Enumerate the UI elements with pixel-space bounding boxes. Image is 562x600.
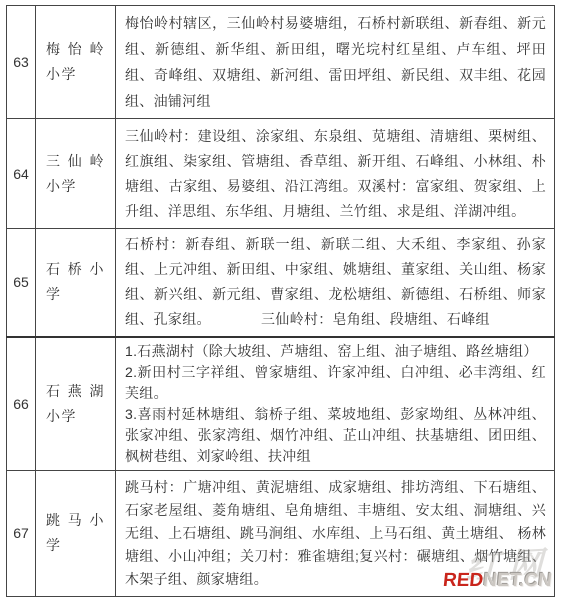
table-row: 66 石燕湖小学 1.石燕湖村（除大坡组、芦塘组、窑上组、油子塘组、路丝塘组） …	[7, 337, 555, 471]
detail-line: 石桥村：新春组、新联一组、新联二组、大禾组、李家组、孙家组、上元冲组、新田组、中…	[125, 232, 546, 332]
row-number: 63	[7, 6, 36, 119]
school-name: 梅怡岭小学	[36, 6, 116, 119]
district-detail: 跳马村：广塘冲组、黄泥塘组、成家塘组、排坊湾组、下石塘组、石家老屋组、菱角塘组、…	[116, 470, 555, 596]
detail-line: 3.喜雨村延林塘组、翁桥子组、菜坡地组、彭家坳组、丛林冲组、张家冲组、张家湾组、…	[125, 404, 546, 467]
detail-line: 2.新田村三字祥组、曾家塘组、许家冲组、白冲组、必丰湾组、红芙组。	[125, 362, 546, 404]
district-detail: 梅怡岭村辖区，三仙岭村易婆塘组，石桥村新联组、新春组、新元组、新德组、新华组、新…	[116, 6, 555, 119]
table-row: 65 石桥小学 石桥村：新春组、新联一组、新联二组、大禾组、李家组、孙家组、上元…	[7, 229, 555, 337]
school-name: 跳马小学	[36, 470, 116, 596]
detail-line: 1.石燕湖村（除大坡组、芦塘组、窑上组、油子塘组、路丝塘组）	[125, 341, 546, 362]
table-row: 63 梅怡岭小学 梅怡岭村辖区，三仙岭村易婆塘组，石桥村新联组、新春组、新元组、…	[7, 6, 555, 119]
page: 63 梅怡岭小学 梅怡岭村辖区，三仙岭村易婆塘组，石桥村新联组、新春组、新元组、…	[0, 0, 562, 600]
school-district-table: 63 梅怡岭小学 梅怡岭村辖区，三仙岭村易婆塘组，石桥村新联组、新春组、新元组、…	[6, 5, 555, 597]
table-row: 67 跳马小学 跳马村：广塘冲组、黄泥塘组、成家塘组、排坊湾组、下石塘组、石家老…	[7, 470, 555, 596]
school-name: 石桥小学	[36, 229, 116, 337]
district-detail: 石桥村：新春组、新联一组、新联二组、大禾组、李家组、孙家组、上元冲组、新田组、中…	[116, 229, 555, 337]
district-detail: 三仙岭村：建设组、涂家组、东泉组、苋塘组、清塘组、栗树组、红旗组、柒家组、管塘组…	[116, 119, 555, 229]
row-number: 66	[7, 337, 36, 471]
table-row: 64 三仙岭小学 三仙岭村：建设组、涂家组、东泉组、苋塘组、清塘组、栗树组、红旗…	[7, 119, 555, 229]
row-number: 65	[7, 229, 36, 337]
row-number: 64	[7, 119, 36, 229]
district-detail: 1.石燕湖村（除大坡组、芦塘组、窑上组、油子塘组、路丝塘组） 2.新田村三字祥组…	[116, 337, 555, 471]
detail-line: 跳马村：广塘冲组、黄泥塘组、成家塘组、排坊湾组、下石塘组、石家老屋组、菱角塘组、…	[125, 476, 546, 591]
detail-line: 三仙岭村：建设组、涂家组、东泉组、苋塘组、清塘组、栗树组、红旗组、柒家组、管塘组…	[125, 124, 546, 224]
school-name: 三仙岭小学	[36, 119, 116, 229]
school-name: 石燕湖小学	[36, 337, 116, 471]
row-number: 67	[7, 470, 36, 596]
detail-line: 梅怡岭村辖区，三仙岭村易婆塘组，石桥村新联组、新春组、新元组、新德组、新华组、新…	[125, 10, 546, 114]
